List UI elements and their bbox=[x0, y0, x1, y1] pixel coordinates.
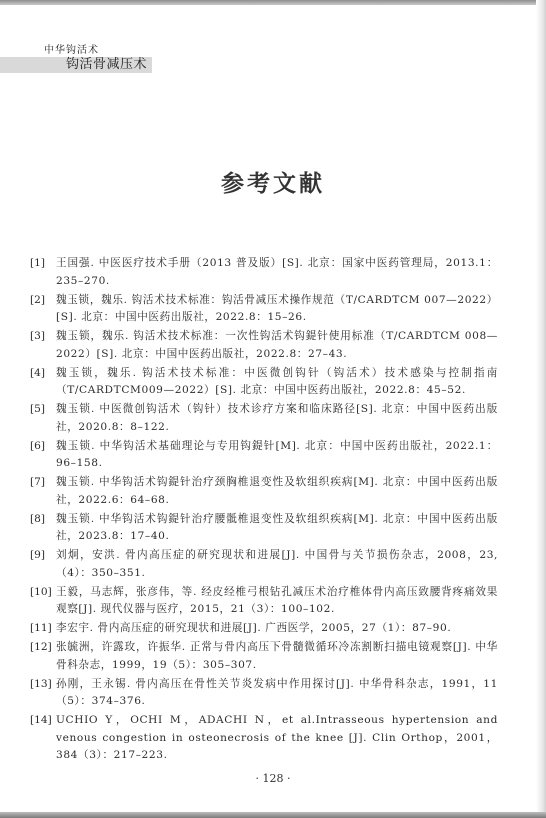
reference-number: [12] bbox=[30, 639, 52, 657]
reference-text: 魏玉锁，魏乐. 钩活术技术标准：中医微创钩针（钩活术）技术感染与控制指南（T/C… bbox=[56, 365, 498, 400]
reference-text: 刘炯，安洪. 骨内高压症的研究现状和进展[J]. 中国骨与关节损伤杂志，2008… bbox=[56, 547, 498, 582]
reference-text: 魏玉锁. 中华钩活术钩鍉针治疗颈胸椎退变性及软组织疾病[M]. 北京：中国中医药… bbox=[56, 474, 498, 509]
reference-text: 魏玉锁. 中华钩活术基础理论与专用钩鍉针[M]. 北京：中国中医药出版社，202… bbox=[56, 438, 498, 473]
reference-item: [12]张毓洲，许露玫，许振华. 正常与骨内高压下骨髓微循环冷冻割断扫描电镜观察… bbox=[30, 639, 498, 674]
reference-number: [14] bbox=[30, 712, 52, 730]
reference-list: [1]王国强. 中医医疗技术手册（2013 普及版）[S]. 北京：国家中医药管… bbox=[30, 255, 498, 766]
reference-item: [7]魏玉锁. 中华钩活术钩鍉针治疗颈胸椎退变性及软组织疾病[M]. 北京：中国… bbox=[30, 474, 498, 509]
scan-edge-right bbox=[536, 0, 546, 818]
reference-number: [3] bbox=[30, 328, 45, 346]
reference-number: [9] bbox=[30, 547, 45, 565]
reference-item: [9]刘炯，安洪. 骨内高压症的研究现状和进展[J]. 中国骨与关节损伤杂志，2… bbox=[30, 547, 498, 582]
reference-text: 魏玉锁，魏乐. 钩活术技术标准：钩活骨减压术操作规范（T/CARDTCM 007… bbox=[56, 292, 498, 327]
reference-number: [6] bbox=[30, 438, 45, 456]
reference-item: [6]魏玉锁. 中华钩活术基础理论与专用钩鍉针[M]. 北京：中国中医药出版社，… bbox=[30, 438, 498, 473]
reference-text: 孙刚，王永锡. 骨内高压在骨性关节炎发病中作用探讨[J]. 中华骨科杂志，199… bbox=[56, 676, 498, 711]
reference-item: [14]UCHIO Y，OCHI M，ADACHI N，et al.Intras… bbox=[30, 712, 498, 765]
reference-number: [13] bbox=[30, 676, 52, 694]
reference-text: 魏玉锁，魏乐. 钩活术技术标准：一次性钩活术钩鍉针使用标准（T/CARDTCM … bbox=[56, 328, 498, 363]
reference-number: [5] bbox=[30, 401, 45, 419]
reference-number: [10] bbox=[30, 584, 52, 602]
reference-number: [2] bbox=[30, 292, 45, 310]
reference-item: [3]魏玉锁，魏乐. 钩活术技术标准：一次性钩活术钩鍉针使用标准（T/CARDT… bbox=[30, 328, 498, 363]
reference-item: [2]魏玉锁，魏乐. 钩活术技术标准：钩活骨减压术操作规范（T/CARDTCM … bbox=[30, 292, 498, 327]
reference-number: [11] bbox=[30, 620, 52, 638]
reference-item: [1]王国强. 中医医疗技术手册（2013 普及版）[S]. 北京：国家中医药管… bbox=[30, 255, 498, 290]
reference-text: 张毓洲，许露玫，许振华. 正常与骨内高压下骨髓微循环冷冻割断扫描电镜观察[J].… bbox=[56, 639, 498, 674]
scan-edge-top bbox=[0, 0, 546, 5]
series-name: 中华钩活术 bbox=[44, 41, 99, 56]
reference-item: [11]李宏宇. 骨内高压症的研究现状和进展[J]. 广西医学，2005，27（… bbox=[30, 620, 498, 638]
reference-text: 魏玉锁. 中医微创钩活术（钩针）技术诊疗方案和临床路径[S]. 北京：中国中医药… bbox=[56, 401, 498, 436]
reference-text: 魏玉锁. 中华钩活术钩鍉针治疗腰骶椎退变性及软组织疾病[M]. 北京：中国中医药… bbox=[56, 511, 498, 546]
scan-edge-bottom bbox=[0, 812, 546, 818]
reference-text: UCHIO Y，OCHI M，ADACHI N，et al.Intrasseou… bbox=[56, 712, 498, 765]
reference-text: 李宏宇. 骨内高压症的研究现状和进展[J]. 广西医学，2005，27（1）：8… bbox=[56, 620, 498, 638]
reference-number: [7] bbox=[30, 474, 45, 492]
reference-item: [13]孙刚，王永锡. 骨内高压在骨性关节炎发病中作用探讨[J]. 中华骨科杂志… bbox=[30, 676, 498, 711]
page-number: · 128 · bbox=[0, 772, 546, 785]
book-title: 钩活骨减压术 bbox=[66, 57, 147, 73]
reference-number: [4] bbox=[30, 365, 45, 383]
section-title: 参考文献 bbox=[0, 165, 546, 198]
reference-text: 王毅，马志辉，张彦伟，等. 经皮经椎弓根钻孔减压术治疗椎体骨内高压致腰背疼痛效果… bbox=[56, 584, 498, 619]
reference-item: [5]魏玉锁. 中医微创钩活术（钩针）技术诊疗方案和临床路径[S]. 北京：中国… bbox=[30, 401, 498, 436]
reference-text: 王国强. 中医医疗技术手册（2013 普及版）[S]. 北京：国家中医药管理局，… bbox=[56, 255, 498, 290]
reference-item: [4]魏玉锁，魏乐. 钩活术技术标准：中医微创钩针（钩活术）技术感染与控制指南（… bbox=[30, 365, 498, 400]
reference-item: [10]王毅，马志辉，张彦伟，等. 经皮经椎弓根钻孔减压术治疗椎体骨内高压致腰背… bbox=[30, 584, 498, 619]
reference-number: [1] bbox=[30, 255, 45, 273]
reference-number: [8] bbox=[30, 511, 45, 529]
reference-item: [8]魏玉锁. 中华钩活术钩鍉针治疗腰骶椎退变性及软组织疾病[M]. 北京：中国… bbox=[30, 511, 498, 546]
